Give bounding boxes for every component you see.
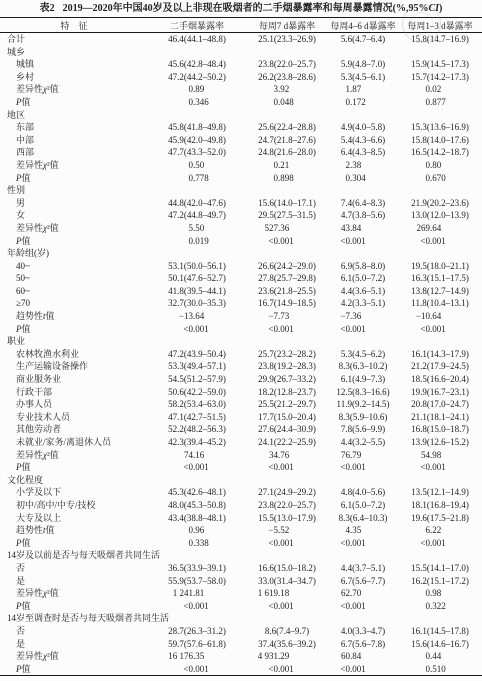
row-label: 50~ [0,272,148,285]
row-label: P值 [0,600,148,613]
cell-value: 21.1(18.1–24.1) [398,411,482,424]
cell-value: 0.96 [148,524,246,537]
cell-value: 12.5(8.3–16.6) [328,386,398,399]
cell-value: 0.44 [398,650,482,663]
cell-value: <0.001 [246,235,328,248]
cell-value: 4.4(3.7–5.1) [328,562,398,575]
row-label: ≥70 [0,297,148,310]
cell-value: <0.001 [328,235,398,248]
cell-value: 19.5(18.0–21.1) [398,260,482,273]
cell-value: 0.346 [148,96,246,109]
cell-value: 0.50 [148,159,246,172]
cell-value: 23.8(22.0–25.7) [246,499,328,512]
data-row: ≥7032.7(30.0–35.3)16.7(14.9–18.5)4.2(3.3… [0,297,482,310]
data-row: 否28.7(26.3–31.2)8.6(7.4–9.7)4.0(3.3–4.7)… [0,625,482,638]
cell-value: 4.35 [328,524,398,537]
cell-value: 7.4(6.4–8.3) [328,197,398,210]
cell-value: <0.001 [398,461,482,474]
cell-value: 4 931.29 [246,650,328,663]
cell-value: 15.3(13.6–16.9) [398,121,482,134]
cell-value: 6.9(5.8–8.0) [328,260,398,273]
cell-value: 16.1(14.3–17.9) [398,348,482,361]
row-label: 商业服务业 [0,373,148,386]
cell-value: 15.6(14.6–16.7) [398,638,482,651]
data-row: 是59.7(57.6–61.8)37.4(35.6–39.2)6.7(5.6–7… [0,638,482,651]
row-label: 办事人员 [0,398,148,411]
section-row: 职业 [0,335,482,348]
cell-value: 5.9(4.8–7.0) [328,58,398,71]
cell-value: 15.7(14.2–17.3) [398,71,482,84]
data-row: 女47.2(44.8–49.7)29.5(27.5–31.5)4.7(3.8–5… [0,209,482,222]
cell-value: 0.80 [398,159,482,172]
table-title-text: 2019—2020年中国40岁及以上非现在吸烟者的二手烟暴露率和每周暴露情况(%… [63,3,443,14]
row-label: 职业 [0,335,482,348]
row-label: 文化程度 [0,474,482,487]
stat-row: 差异性χ²值1 241.811 619.1862.700.98 [0,587,482,600]
row-label: 乡村 [0,71,148,84]
stat-row: P值<0.001<0.001<0.001<0.001 [0,461,482,474]
cell-value: 4.8(4.0–5.6) [328,486,398,499]
exposure-table: 特 征二手烟暴露率每周7 d暴露率每周4–6 d暴露率每周1–3 d暴露率 合计… [0,17,482,676]
cell-value: 0.048 [246,96,328,109]
stat-row: P值0.7780.8980.3040.670 [0,172,482,185]
cell-value: 44.8(42.0–47.6) [148,197,246,210]
data-row: 是55.9(53.7–58.0)33.0(31.4–34.7)6.7(5.6–7… [0,575,482,588]
cell-value: 15.8(14.7–16.9) [398,33,482,46]
cell-value: <0.001 [148,323,246,336]
cell-value: 13.8(12.7–14.9) [398,285,482,298]
cell-value: 0.322 [398,600,482,613]
row-label: 东部 [0,121,148,134]
cell-value: 18.2(12.8–23.7) [246,386,328,399]
data-row: 中部45.9(42.0–49.8)24.7(21.8–27.6)5.4(4.3–… [0,134,482,147]
section-row: 14岁至调查时是否与每天吸烟者共同生活 [0,612,482,625]
row-label: 40~ [0,260,148,273]
cell-value: 18.5(16.6–20.4) [398,373,482,386]
cell-value: 0.98 [398,587,482,600]
stat-row: P值<0.001<0.001<0.0010.510 [0,663,482,676]
cell-value: 50.1(47.6–52.7) [148,272,246,285]
row-label: P值 [0,537,148,550]
cell-value: 37.4(35.6–39.2) [246,638,328,651]
cell-value: 0.89 [148,83,246,96]
cell-value: <0.001 [246,323,328,336]
cell-value: 13.5(12.1–14.9) [398,486,482,499]
data-row: 西部47.7(43.3–52.0)24.8(21.6–28.0)6.4(4.3–… [0,146,482,159]
cell-value: 27.1(24.9–29.2) [246,486,328,499]
data-row: 商业服务业54.5(51.2–57.9)29.9(26.7–33.2)6.1(4… [0,373,482,386]
data-row: 办事人员58.2(53.4–63.0)25.5(21.2–29.7)11.9(9… [0,398,482,411]
row-label: 中部 [0,134,148,147]
cell-value: 43.84 [328,222,398,235]
cell-value: 4.2(3.3–5.1) [328,297,398,310]
cell-value: 32.7(30.0–35.3) [148,297,246,310]
cell-value: 47.2(43.9–50.4) [148,348,246,361]
cell-value: 5.4(4.3–6.6) [328,134,398,147]
column-header: 每周4–6 d暴露率 [328,18,398,33]
row-label: 地区 [0,109,482,122]
cell-value: 7.8(5.6–9.9) [328,423,398,436]
cell-value: 28.7(26.3–31.2) [148,625,246,638]
cell-value: 1 619.18 [246,587,328,600]
cell-value: 0.02 [398,83,482,96]
cell-value: 34.76 [246,449,328,462]
cell-value: 4.9(4.0–5.8) [328,121,398,134]
column-header: 每周1–3 d暴露率 [398,18,482,33]
stat-row: P值0.338<0.001<0.001<0.001 [0,537,482,550]
cell-value: 269.64 [398,222,482,235]
cell-value: 26.2(23.8–28.6) [246,71,328,84]
row-label: 大专及以上 [0,512,148,525]
stat-row: P值0.019<0.001<0.001<0.001 [0,235,482,248]
cell-value: 76.79 [328,449,398,462]
cell-value: −13.64 [148,310,246,323]
data-row: 否36.5(33.9–39.1)16.6(15.0–18.2)4.4(3.7–5… [0,562,482,575]
table-title: 表22019—2020年中国40岁及以上非现在吸烟者的二手烟暴露率和每周暴露情况… [0,0,482,15]
cell-value: 54.98 [398,449,482,462]
cell-value: 50.6(42.2–59.0) [148,386,246,399]
cell-value: 27.8(25.7–29.8) [246,272,328,285]
cell-value: 74.16 [148,449,246,462]
cell-value: 25.6(22.4–28.8) [246,121,328,134]
cell-value: 15.8(14.0–17.6) [398,134,482,147]
cell-value: 23.8(22.0–25.7) [246,58,328,71]
data-row: 东部45.8(41.8–49.8)25.6(22.4–28.8)4.9(4.0–… [0,121,482,134]
cell-value: 33.0(31.4–34.7) [246,575,328,588]
cell-value: 6.7(5.6–7.8) [328,638,398,651]
row-label: 行政干部 [0,386,148,399]
cell-value: 0.304 [328,172,398,185]
row-label: 性别 [0,184,482,197]
data-row: 小学及以下45.3(42.6–48.1)27.1(24.9–29.2)4.8(4… [0,486,482,499]
row-label: 差异性χ²值 [0,587,148,600]
cell-value: 21.2(17.9–24.5) [398,360,482,373]
cell-value: <0.001 [246,537,328,550]
section-row: 文化程度 [0,474,482,487]
cell-value: 15.5(13.0–17.9) [246,512,328,525]
cell-value: 47.1(42.7–51.5) [148,411,246,424]
cell-value: 8.3(6.3–10.2) [328,360,398,373]
row-label: 初中/高中/中专/技校 [0,499,148,512]
cell-value: 36.5(33.9–39.1) [148,562,246,575]
cell-value: 45.9(42.0–49.8) [148,134,246,147]
cell-value: <0.001 [328,461,398,474]
cell-value: <0.001 [148,600,246,613]
cell-value: 55.9(53.7–58.0) [148,575,246,588]
cell-value: 16.8(15.0–18.7) [398,423,482,436]
cell-value: 2.38 [328,159,398,172]
cell-value: 24.7(21.8–27.6) [246,134,328,147]
stat-row: 差异性χ²值74.1634.7676.7954.98 [0,449,482,462]
header-row: 特 征二手烟暴露率每周7 d暴露率每周4–6 d暴露率每周1–3 d暴露率 [0,18,482,33]
cell-value: 5.50 [148,222,246,235]
data-row: 初中/高中/中专/技校48.0(45.3–50.8)23.8(22.0–25.7… [0,499,482,512]
cell-value: <0.001 [398,323,482,336]
cell-value: 6.1(5.0–7.2) [328,499,398,512]
cell-value: 16.2(15.1–17.2) [398,575,482,588]
cell-value: 20.8(17.0–24.7) [398,398,482,411]
cell-value: 5.3(4.5–6.2) [328,348,398,361]
cell-value: <0.001 [328,537,398,550]
row-label: 差异性χ²值 [0,159,148,172]
row-label: 城镇 [0,58,148,71]
data-row: 生产运输设备操作53.3(49.4–57.1)23.8(19.2–28.3)8.… [0,360,482,373]
cell-value: 27.6(24.4–30.9) [246,423,328,436]
cell-value: 4.7(3.8–5.6) [328,209,398,222]
cell-value: 15.5(14.1–17.0) [398,562,482,575]
cell-value: 23.8(19.2–28.3) [246,360,328,373]
row-label: 年龄组(岁) [0,247,482,260]
cell-value: 13.9(12.6–15.2) [398,436,482,449]
data-row: 60~41.8(39.5–44.1)23.6(21.8–25.5)4.4(3.6… [0,285,482,298]
cell-value: 1 241.81 [148,587,246,600]
cell-value: 4.0(3.3–4.7) [328,625,398,638]
cell-value: 0.510 [398,663,482,676]
row-label: P值 [0,461,148,474]
data-row: 专业技术人员47.1(42.7–51.5)17.7(15.0–20.4)8.3(… [0,411,482,424]
cell-value: 42.3(39.4–45.2) [148,436,246,449]
cell-value: 48.0(45.3–50.8) [148,499,246,512]
section-row: 年龄组(岁) [0,247,482,260]
cell-value: 15.9(14.5–17.3) [398,58,482,71]
cell-value: <0.001 [148,663,246,676]
cell-value: 0.019 [148,235,246,248]
cell-value: −7.36 [328,310,398,323]
cell-value: 46.4(44.1–48.8) [148,33,246,46]
section-row: 地区 [0,109,482,122]
total-row: 合计46.4(44.1–48.8)25.1(23.3–26.9)5.6(4.7–… [0,33,482,46]
row-label: 否 [0,625,148,638]
cell-value: 6.7(5.6–7.7) [328,575,398,588]
row-label: 60~ [0,285,148,298]
cell-value: 53.3(49.4–57.1) [148,360,246,373]
cell-value: 16.7(14.9–18.5) [246,297,328,310]
cell-value: 45.8(41.8–49.8) [148,121,246,134]
cell-value: 11.8(10.4–13.1) [398,297,482,310]
cell-value: 29.5(27.5–31.5) [246,209,328,222]
cell-value: 5.6(4.7–6.4) [328,33,398,46]
cell-value: 25.5(21.2–29.7) [246,398,328,411]
cell-value: 24.1(22.2–25.9) [246,436,328,449]
cell-value: 0.338 [148,537,246,550]
cell-value: 59.7(57.6–61.8) [148,638,246,651]
cell-value: 25.7(23.2–28.2) [246,348,328,361]
cell-value: <0.001 [328,323,398,336]
cell-value: 4.4(3.2–5.5) [328,436,398,449]
row-label: 合计 [0,33,148,46]
row-label: 差异性χ²值 [0,449,148,462]
row-label: 生产运输设备操作 [0,360,148,373]
row-label: 趋势性t值 [0,524,148,537]
cell-value: 13.0(12.0–13.9) [398,209,482,222]
cell-value: 45.6(42.8–48.4) [148,58,246,71]
cell-value: 60.84 [328,650,398,663]
cell-value: 0.898 [246,172,328,185]
cell-value: 54.5(51.2–57.9) [148,373,246,386]
cell-value: 3.92 [246,83,328,96]
cell-value: −5.52 [246,524,328,537]
data-row: 男44.8(42.0–47.6)15.6(14.0–17.1)7.4(6.4–8… [0,197,482,210]
row-label: 西部 [0,146,148,159]
cell-value: 6.4(4.3–8.5) [328,146,398,159]
cell-value: 0.670 [398,172,482,185]
column-header: 二手烟暴露率 [148,18,246,33]
data-row: 40~53.1(50.0–56.1)26.6(24.2–29.0)6.9(5.8… [0,260,482,273]
row-label: 是 [0,638,148,651]
stat-row: 差异性χ²值0.893.921.870.02 [0,83,482,96]
column-header: 特 征 [0,18,148,33]
cell-value: 1.87 [328,83,398,96]
stat-row: 差异性χ²值16 176.354 931.2960.840.44 [0,650,482,663]
cell-value: 21.9(20.2–23.6) [398,197,482,210]
cell-value: 19.9(16.7–23.1) [398,386,482,399]
stat-row: P值0.3460.0480.1720.877 [0,96,482,109]
cell-value: 25.1(23.3–26.9) [246,33,328,46]
cell-value: 43.4(38.8–48.1) [148,512,246,525]
row-label: 男 [0,197,148,210]
data-row: 其他劳动者52.2(48.2–56.3)27.6(24.4–30.9)7.8(5… [0,423,482,436]
row-label: 14岁及以前是否与每天吸烟者共同生活 [0,549,482,562]
cell-value: 29.9(26.7–33.2) [246,373,328,386]
data-row: 大专及以上43.4(38.8–48.1)15.5(13.0–17.9)8.3(6… [0,512,482,525]
cell-value: 0.877 [398,96,482,109]
section-row: 性别 [0,184,482,197]
row-label: P值 [0,663,148,676]
stat-row: P值<0.001<0.001<0.0010.322 [0,600,482,613]
stat-row: P值<0.001<0.001<0.001<0.001 [0,323,482,336]
cell-value: 24.8(21.6–28.0) [246,146,328,159]
cell-value: 8.3(5.9–10.6) [328,411,398,424]
cell-value: 41.8(39.5–44.1) [148,285,246,298]
cell-value: 16.5(14.2–18.7) [398,146,482,159]
cell-value: <0.001 [246,461,328,474]
cell-value: 26.6(24.2–29.0) [246,260,328,273]
table-number: 表2 [40,3,55,14]
cell-value: <0.001 [148,461,246,474]
cell-value: 11.9(9.2–14.5) [328,398,398,411]
data-row: 未就业/家务/离退休人员42.3(39.4–45.2)24.1(22.2–25.… [0,436,482,449]
row-label: 农林牧渔水利业 [0,348,148,361]
cell-value: 47.2(44.2–50.2) [148,71,246,84]
cell-value: 0.778 [148,172,246,185]
cell-value: 53.1(50.0–56.1) [148,260,246,273]
cell-value: 16.3(15.1–17.5) [398,272,482,285]
row-label: 未就业/家务/离退休人员 [0,436,148,449]
row-label: P值 [0,172,148,185]
row-label: 否 [0,562,148,575]
cell-value: <0.001 [398,235,482,248]
data-row: 农林牧渔水利业47.2(43.9–50.4)25.7(23.2–28.2)5.3… [0,348,482,361]
row-label: P值 [0,96,148,109]
row-label: 小学及以下 [0,486,148,499]
data-row: 行政干部50.6(42.2–59.0)18.2(12.8–23.7)12.5(8… [0,386,482,399]
cell-value: −7.73 [246,310,328,323]
cell-value: <0.001 [398,537,482,550]
cell-value: 16 176.35 [148,650,246,663]
row-label: 城乡 [0,46,482,59]
cell-value: 17.7(15.0–20.4) [246,411,328,424]
cell-value: <0.001 [246,600,328,613]
data-row: 乡村47.2(44.2–50.2)26.2(23.8–28.6)5.3(4.5–… [0,71,482,84]
row-label: P值 [0,235,148,248]
row-label: 差异性χ²值 [0,650,148,663]
cell-value: 45.3(42.6–48.1) [148,486,246,499]
cell-value: 47.7(43.3–52.0) [148,146,246,159]
cell-value: 5.3(4.5–6.1) [328,71,398,84]
cell-value: 62.70 [328,587,398,600]
cell-value: <0.001 [328,663,398,676]
cell-value: 527.36 [246,222,328,235]
row-label: 14岁至调查时是否与每天吸烟者共同生活 [0,612,482,625]
cell-value: 0.21 [246,159,328,172]
row-label: 差异性χ²值 [0,83,148,96]
cell-value: 47.2(44.8–49.7) [148,209,246,222]
cell-value: −10.64 [398,310,482,323]
stat-row: 趋势性t值−13.64−7.73−7.36−10.64 [0,310,482,323]
data-row: 城镇45.6(42.8–48.4)23.8(22.0–25.7)5.9(4.8–… [0,58,482,71]
cell-value: 6.1(5.0–7.2) [328,272,398,285]
table-header: 特 征二手烟暴露率每周7 d暴露率每周4–6 d暴露率每周1–3 d暴露率 [0,18,482,33]
data-row: 50~50.1(47.6–52.7)27.8(25.7–29.8)6.1(5.0… [0,272,482,285]
section-row: 城乡 [0,46,482,59]
stat-row: 差异性χ²值5.50527.3643.84269.64 [0,222,482,235]
cell-value: 58.2(53.4–63.0) [148,398,246,411]
row-label: 专业技术人员 [0,411,148,424]
cell-value: 15.6(14.0–17.1) [246,197,328,210]
cell-value: 6.22 [398,524,482,537]
cell-value: 8.3(6.4–10.3) [328,512,398,525]
row-label: 差异性χ²值 [0,222,148,235]
row-label: P值 [0,323,148,336]
section-row: 14岁及以前是否与每天吸烟者共同生活 [0,549,482,562]
row-label: 女 [0,209,148,222]
cell-value: 16.1(14.5–17.8) [398,625,482,638]
cell-value: 4.4(3.6–5.1) [328,285,398,298]
row-label: 是 [0,575,148,588]
cell-value: 19.6(17.5–21.8) [398,512,482,525]
cell-value: 23.6(21.8–25.5) [246,285,328,298]
cell-value: 0.172 [328,96,398,109]
row-label: 趋势性t值 [0,310,148,323]
cell-value: 52.2(48.2–56.3) [148,423,246,436]
cell-value: 8.6(7.4–9.7) [246,625,328,638]
cell-value: <0.001 [328,600,398,613]
stat-row: 趋势性t值0.96−5.524.356.22 [0,524,482,537]
row-label: 其他劳动者 [0,423,148,436]
cell-value: 18.1(16.8–19.4) [398,499,482,512]
cell-value: 6.1(4.9–7.3) [328,373,398,386]
cell-value: <0.001 [246,663,328,676]
column-header: 每周7 d暴露率 [246,18,328,33]
cell-value: 16.6(15.0–18.2) [246,562,328,575]
stat-row: 差异性χ²值0.500.212.380.80 [0,159,482,172]
